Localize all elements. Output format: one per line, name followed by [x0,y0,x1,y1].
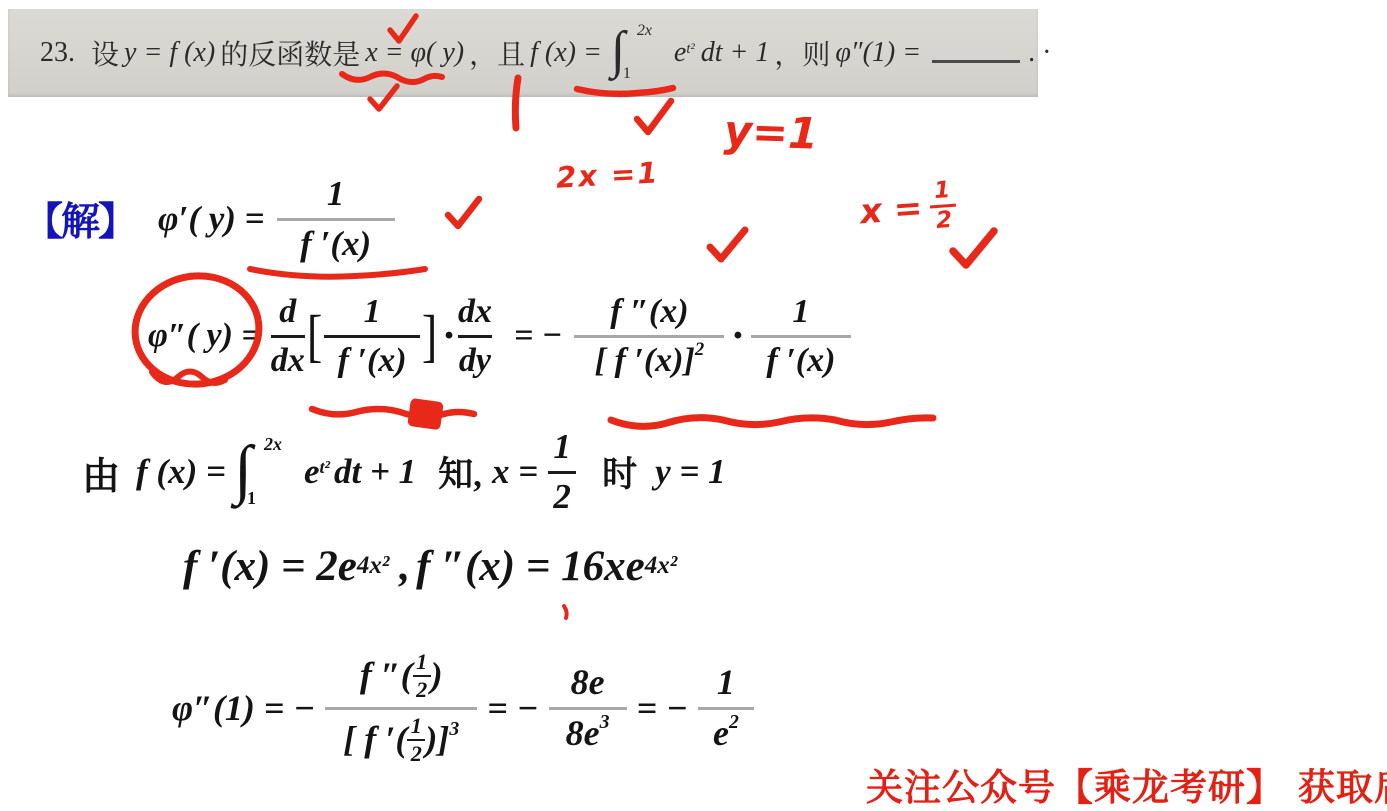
lineD-fsecond: f ″(x) = 16xe [416,542,645,591]
lineC-y-equals-1: y = 1 [655,452,725,492]
problem-integral: ∫ 2x 1 [611,21,669,85]
lineD-comma: , [399,542,410,591]
left-bracket: [ [307,307,322,365]
fraction-bar [574,335,724,338]
fraction-bar [324,335,420,338]
problem-inverse-text: 的反函数是 [220,33,360,73]
wavy-underline-lineB-left [312,409,474,417]
fraction-bar [277,218,395,221]
fraction-d-over-dx: d dx [271,294,305,378]
lineB-equals-minus: = − [514,317,562,355]
wavy-underline-lineB-right [611,418,933,427]
lecture-slide: 23. 设 y = f (x) 的反函数是 x = φ( y) ，且 f (x)… [0,0,1387,811]
handwritten-half-fraction: 1 2 [928,179,958,234]
right-bracket: ] [422,307,437,365]
fraction-fsecond-over-fprime-squared: f ″(x) [ f ′(x)]2 [574,294,724,378]
fraction-bar [458,335,492,338]
problem-dt-plus-1: dt + 1 [701,37,770,69]
problem-text: 23. 设 y = f (x) 的反函数是 x = φ( y) ，且 f (x)… [40,9,1051,97]
lineE-numerator: f ″( 1 2 ) [360,651,443,702]
lineE-lhs: φ″(1) = − [172,687,315,729]
fraction-bar [548,471,576,474]
fraction-1-over-e2: 1 e2 [698,664,754,753]
lineC-fx-eq: f (x) = [136,452,226,492]
lineB-inner-num: 1 [364,294,381,330]
fraction-bar [751,335,851,338]
formula-line-phi-prime: φ′( y) = 1 f ′(x) [158,160,395,278]
lineC-zhi: 知, [438,447,482,497]
lineE-eq3: = − [637,687,688,729]
lineC-shi: 时 [602,447,637,497]
problem-comma-then: ，则 [774,33,830,73]
formula-line-result: φ″(1) = − f ″( 1 2 ) [ f ′( 1 2 )]3 [172,608,754,808]
lineC-dt-plus-1: dt + 1 [334,452,416,492]
check-icon [710,230,745,259]
lineB-f2-num: f ″(x) [610,294,688,330]
exponent-4x2: 4x² [645,552,678,580]
lineB-inner-den: f ′(x) [338,343,407,379]
fraction-bar [271,335,305,338]
lineE-eq2: = − [487,687,538,729]
exponent-2: 2 [695,340,704,360]
fraction-bar [325,707,477,710]
fraction-bar [549,707,627,710]
mini-fraction-half: 1 2 [407,715,425,766]
check-icon [637,101,671,132]
handwritten-x-equals-half: x = 1 2 [858,179,958,239]
fraction-8e-over-8e3: 8e 8e3 [549,664,627,753]
frac3-num: 1 [717,664,735,702]
fraction-one-over-fprime: 1 f ′(x) [277,176,395,263]
frac2-num: 8e [571,664,605,702]
lineB-d-num: d [279,294,296,330]
red-square-blob [407,398,444,430]
lineC-integral: ∫ 2x 1 [234,432,300,512]
problem-integrand: et² [674,37,695,69]
problem-comma-and: ，且 [469,33,525,73]
lineD-fprime: f ′(x) = 2e [183,542,357,591]
formula-line-derivatives: f ′(x) = 2e4x² , f ″(x) = 16xe4x² [183,528,677,604]
problem-phi-double-prime: φ″(1) = [835,37,921,69]
problem-fx-eq: f (x) = [530,37,602,69]
frac3-den: e2 [713,715,739,753]
half-den: 2 [553,479,571,516]
answer-blank [932,43,1020,63]
exponent-3: 3 [600,712,610,733]
lineB-dot: · [443,312,454,360]
lineB-inv-den: f ′(x) [766,343,835,379]
frac2-den: 8e3 [566,715,610,753]
fraction-dx-over-dy: dx dy [458,294,492,378]
solution-label: 【解】 [24,191,135,247]
problem-statement-strip: 23. 设 y = f (x) 的反函数是 x = φ( y) ，且 f (x)… [8,9,1038,97]
lineB-dx-num: dx [458,294,492,330]
integral-lower-limit: 1 [623,65,631,83]
lineB-d-den: dx [271,343,305,379]
handwritten-y-equals-1: y=1 [723,110,818,156]
integral-upper-limit: 2x [264,434,282,455]
lineB-dx-den: dy [459,343,491,379]
problem-y-fx: y = f (x) [124,37,215,69]
lineA-denominator: f ′(x) [300,226,371,263]
integral-upper-limit: 2x [637,22,652,40]
problem-x-phi: x = φ( y) [365,37,464,69]
problem-tail-period: . · [1028,37,1051,69]
exponent-3: 3 [449,719,459,740]
problem-set-text: 设 [91,33,119,73]
big-fraction: f ″( 1 2 ) [ f ′( 1 2 )]3 [325,651,477,765]
fraction-bar [698,707,754,710]
formula-line-phi-double-prime: φ″( y) = d dx [ 1 f ′(x) ] · dx dy = − f… [148,280,851,392]
exponent-2: 2 [729,712,739,733]
lineB-inv-num: 1 [792,294,809,330]
check-icon [953,231,994,265]
handwritten-2x-equals-1: 2x =1 [555,158,660,192]
handwritten-x-eq: x = [859,191,923,229]
problem-number: 23. [40,37,75,69]
exponent-4x2: 4x² [357,552,390,580]
lineC-you: 由 [82,445,120,500]
lineA-lhs: φ′( y) = [158,199,265,239]
mini-fraction-half: 1 2 [413,651,431,702]
fraction-one-over-fprime-2: 1 f ′(x) [751,294,851,378]
lineB-dot2: · [732,312,743,360]
integral-lower-limit: 1 [247,488,256,509]
fraction-one-half: 1 2 [548,429,576,516]
lineB-lhs: φ″( y) = [148,317,261,355]
fraction-one-over-fprime-inner: 1 f ′(x) [324,294,420,378]
lineA-numerator: 1 [327,176,345,213]
footer-watermark: 关注公众号【乘龙考研】 获取后续课程 [866,757,1387,811]
lineC-x-eq: x = [492,452,538,492]
lineC-integrand: et² [304,452,330,492]
check-icon [448,199,479,226]
lineB-f2-den: [ f ′(x)]2 [595,343,705,379]
half-num: 1 [553,429,571,466]
lineE-denominator: [ f ′( 1 2 )]3 [343,715,459,766]
formula-line-given: 由 f (x) = ∫ 2x 1 et² dt + 1 知, x = 1 2 时… [82,428,726,516]
